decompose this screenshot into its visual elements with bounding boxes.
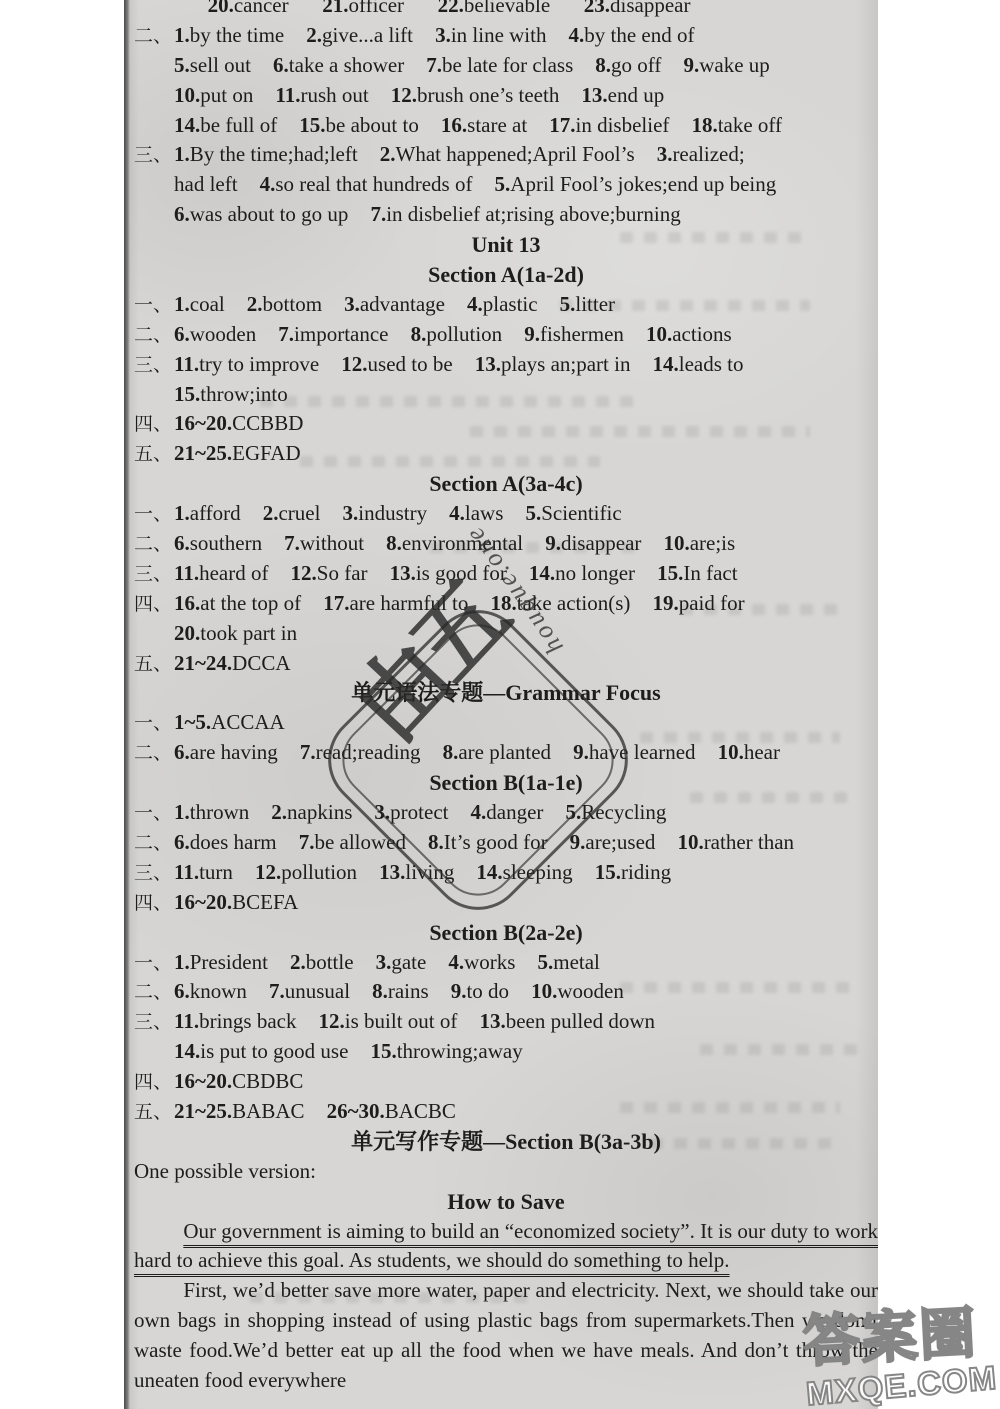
answer-item: 8.rains — [372, 979, 429, 1003]
answer-item: 16~20.CCBBD — [174, 411, 303, 435]
answer-item: 13.plays an;part in — [475, 352, 631, 376]
answer-item: 7.be late for class — [426, 53, 573, 77]
answer-item: 7.in disbelief at;rising above;burning — [370, 202, 680, 226]
item-number: 10. — [718, 740, 744, 764]
answer-item: 17.are harmful to — [323, 591, 468, 615]
item-number: 2. — [247, 292, 263, 316]
item-number: 2. — [290, 950, 306, 974]
answer-item: 14.leads to — [653, 352, 744, 376]
answer-line: 6.was about to go up7.in disbelief at;ri… — [134, 200, 878, 230]
item-number: 11. — [174, 352, 199, 376]
answer-item: 6.was about to go up — [174, 202, 348, 226]
answer-item: 5.April Fool’s jokes;end up being — [495, 172, 777, 196]
answer-item: 10.are;is — [663, 531, 735, 555]
answer-item: 1.afford — [174, 501, 241, 525]
item-number: 9. — [451, 979, 467, 1003]
item-number: 9. — [524, 322, 540, 346]
item-number: 16~20. — [174, 890, 232, 914]
item-number: 11. — [174, 1009, 199, 1033]
answer-item: 13.living — [379, 860, 454, 884]
item-number: 1. — [174, 950, 190, 974]
answer-line: 四、16.at the top of17.are harmful to18.ta… — [134, 589, 878, 619]
list-marker: 二、 — [134, 321, 174, 351]
item-number: 7. — [299, 830, 315, 854]
item-number: 7. — [300, 740, 316, 764]
item-number: 12. — [291, 561, 317, 585]
item-number: 15. — [370, 1039, 396, 1063]
list-marker: 五、 — [134, 650, 174, 680]
item-number: 20. — [174, 621, 200, 645]
item-number: 1. — [174, 292, 190, 316]
answer-item: 2.bottle — [290, 950, 354, 974]
answer-item: 14.be full of — [174, 113, 277, 137]
answer-item: 5.sell out — [174, 53, 251, 77]
item-number: 10. — [531, 979, 557, 1003]
answer-item: 10.actions — [646, 322, 732, 346]
answer-item: 4.so real that hundreds of — [260, 172, 473, 196]
item-number: 9. — [570, 830, 586, 854]
item-number: 17. — [323, 591, 349, 615]
answer-item: 13.been pulled down — [479, 1009, 655, 1033]
answer-line: 三、11.heard of12.So far13.is good for14.n… — [134, 559, 878, 589]
item-number: 7. — [278, 322, 294, 346]
section-heading: Section B(1a-1e) — [134, 768, 878, 798]
answer-item: 3.industry — [343, 501, 428, 525]
item-number: 2. — [380, 142, 396, 166]
item-number: 15. — [595, 860, 621, 884]
item-number: 13. — [390, 561, 416, 585]
item-number: 4. — [260, 172, 276, 196]
item-number: 21~24. — [174, 651, 232, 675]
scanned-answer-page: { "colors": { "paper_white": "#ffffff", … — [0, 0, 1000, 1409]
list-marker: 二、 — [134, 22, 174, 52]
answer-item: 8.pollution — [411, 322, 503, 346]
item-number: 16~20. — [174, 411, 232, 435]
item-number: 8. — [595, 53, 611, 77]
list-marker: 三、 — [134, 351, 174, 381]
answer-item: 6.are having — [174, 740, 278, 764]
answer-item: 15.riding — [595, 860, 671, 884]
answer-text-column: 20.cancer21.officer22.believable23.disap… — [134, 0, 878, 1396]
answer-item: 10.rather than — [677, 830, 794, 854]
item-number: 14. — [174, 1039, 200, 1063]
answer-item: 20.cancer — [208, 0, 289, 17]
item-number: 21~25. — [174, 441, 232, 465]
answer-line: 三、11.brings back12.is built out of13.bee… — [134, 1007, 878, 1037]
item-number: 9. — [545, 531, 561, 555]
answer-line: 14.be full of15.be about to16.stare at17… — [134, 111, 878, 141]
answer-line: 5.sell out6.take a shower7.be late for c… — [134, 51, 878, 81]
answer-line: 二、6.are having7.read;reading8.are plante… — [134, 738, 878, 768]
answer-line: 四、16~20.BCEFA — [134, 888, 878, 918]
item-number: 6. — [174, 322, 190, 346]
answer-line: 15.throw;into — [134, 380, 878, 410]
answer-item: 26~30.BACBC — [327, 1099, 456, 1123]
item-number: 16. — [441, 113, 467, 137]
answer-item: 15.In fact — [657, 561, 737, 585]
answer-item: 8.environmental — [386, 531, 523, 555]
answer-item: 16~20.CBDBC — [174, 1069, 303, 1093]
list-marker: 五、 — [134, 1098, 174, 1128]
item-number: 7. — [284, 531, 300, 555]
answer-line: 一、1.President2.bottle3.gate4.works5.meta… — [134, 948, 878, 978]
item-number: 3. — [657, 142, 673, 166]
answer-line: 二、6.southern7.without8.environmental9.di… — [134, 529, 878, 559]
item-number: 13. — [379, 860, 405, 884]
answer-item: 6.take a shower — [273, 53, 404, 77]
item-number: 20. — [208, 0, 234, 17]
item-number: 5. — [174, 53, 190, 77]
item-number: 10. — [677, 830, 703, 854]
answer-item: 21~24.DCCA — [174, 651, 291, 675]
page-gutter-shadow — [124, 0, 130, 1409]
item-number: 15. — [657, 561, 683, 585]
item-number: 14. — [476, 860, 502, 884]
item-number: 7. — [269, 979, 285, 1003]
answer-item: 1.President — [174, 950, 268, 974]
item-number: 8. — [443, 740, 459, 764]
item-number: 11. — [174, 860, 199, 884]
item-number: 12. — [255, 860, 281, 884]
answer-item: 7.unusual — [269, 979, 350, 1003]
answer-line: 14.is put to good use15.throwing;away — [134, 1037, 878, 1067]
answer-item: 5.metal — [538, 950, 600, 974]
answer-item: 15.be about to — [299, 113, 419, 137]
answer-item: 5.litter — [560, 292, 615, 316]
answer-item: 1.thrown — [174, 800, 249, 824]
item-number: 1. — [174, 800, 190, 824]
answer-item: 12.brush one’s teeth — [391, 83, 560, 107]
item-number: 5. — [560, 292, 576, 316]
item-number: 3. — [344, 292, 360, 316]
answer-item: 12.pollution — [255, 860, 357, 884]
answer-line: One possible version: — [134, 1157, 878, 1187]
answer-item: 9.to do — [451, 979, 509, 1003]
answer-item: 16.stare at — [441, 113, 527, 137]
answer-item: 8.It’s good for — [428, 830, 548, 854]
list-marker: 一、 — [134, 949, 174, 979]
list-marker: 四、 — [134, 590, 174, 620]
answer-item: 9.fishermen — [524, 322, 624, 346]
item-number: 1. — [174, 23, 190, 47]
list-marker: 三、 — [134, 1008, 174, 1038]
answer-item: 7.importance — [278, 322, 388, 346]
item-number: 14. — [529, 561, 555, 585]
item-number: 3. — [343, 501, 359, 525]
item-number: 5. — [538, 950, 554, 974]
list-marker: 二、 — [134, 530, 174, 560]
item-number: 5. — [565, 800, 581, 824]
answer-item: 21.officer — [322, 0, 404, 17]
item-number: 9. — [683, 53, 699, 77]
answer-item: 12.is built out of — [319, 1009, 458, 1033]
item-number: 1. — [174, 142, 190, 166]
item-number: 14. — [653, 352, 679, 376]
answer-line: 四、16~20.CBDBC — [134, 1067, 878, 1097]
answer-item: 11.rush out — [275, 83, 368, 107]
answer-line: 三、11.try to improve12.used to be13.plays… — [134, 350, 878, 380]
answer-item: 3.advantage — [344, 292, 445, 316]
answer-item: 19.paid for — [652, 591, 744, 615]
answer-item: 11.brings back — [174, 1009, 297, 1033]
item-number: 13. — [479, 1009, 505, 1033]
answer-item: 13.is good for — [390, 561, 507, 585]
item-number: 10. — [646, 322, 672, 346]
item-number: 6. — [174, 740, 190, 764]
item-number: 16~20. — [174, 1069, 232, 1093]
item-number: 18. — [490, 591, 516, 615]
item-number: 6. — [174, 979, 190, 1003]
answer-line: 二、6.known7.unusual8.rains9.to do10.woode… — [134, 977, 878, 1007]
item-number: 2. — [306, 23, 322, 47]
answer-item: 6.wooden — [174, 322, 256, 346]
item-number: 7. — [370, 202, 386, 226]
item-number: 26~30. — [327, 1099, 385, 1123]
answer-item: 2.napkins — [271, 800, 352, 824]
answer-line: 四、16~20.CCBBD — [134, 409, 878, 439]
list-marker: 二、 — [134, 829, 174, 859]
list-marker: 二、 — [134, 978, 174, 1008]
essay-paragraph-1: Our government is aiming to build an “ec… — [134, 1217, 878, 1277]
answer-item: 1.coal — [174, 292, 225, 316]
item-number: 2. — [263, 501, 279, 525]
list-marker: 二、 — [134, 739, 174, 769]
section-heading: Section B(2a-2e) — [134, 918, 878, 948]
model-essay: How to Save Our government is aiming to … — [134, 1187, 878, 1396]
answer-line: 二、6.does harm7.be allowed8.It’s good for… — [134, 828, 878, 858]
list-marker: 一、 — [134, 799, 174, 829]
answer-line: 20.took part in — [134, 619, 878, 649]
answer-item: 5.Scientific — [525, 501, 621, 525]
answer-item: 8.are planted — [443, 740, 551, 764]
answer-line: 五、21~25.BABAC26~30.BACBC — [134, 1097, 878, 1127]
item-number: 16. — [174, 591, 200, 615]
answer-item: 14.is put to good use — [174, 1039, 348, 1063]
answer-item: 7.be allowed — [299, 830, 406, 854]
answer-item: 5.Recycling — [565, 800, 666, 824]
item-number: 14. — [174, 113, 200, 137]
list-marker: 三、 — [134, 560, 174, 590]
list-marker: 五、 — [134, 440, 174, 470]
item-number: 10. — [174, 83, 200, 107]
answer-line: 一、1~5.ACCAA — [134, 708, 878, 738]
answer-item: 4.by the end of — [569, 23, 695, 47]
list-marker: 四、 — [134, 410, 174, 440]
item-number: 5. — [495, 172, 511, 196]
answer-item: 2.give...a lift — [306, 23, 413, 47]
item-number: 4. — [467, 292, 483, 316]
answer-item: 11.heard of — [174, 561, 268, 585]
answer-item: 6.does harm — [174, 830, 277, 854]
answer-item: 9.have learned — [573, 740, 695, 764]
list-marker: 四、 — [134, 889, 174, 919]
answer-item: 3.gate — [376, 950, 427, 974]
answer-item: 4.works — [448, 950, 515, 974]
answer-item: 2.cruel — [263, 501, 321, 525]
list-marker: 三、 — [134, 859, 174, 889]
item-number: 4. — [448, 950, 464, 974]
answer-item: 3.realized; — [657, 142, 745, 166]
item-number: 1. — [174, 501, 190, 525]
underlined-sentences: Our government is aiming to build an “ec… — [134, 1219, 878, 1273]
item-number: 13. — [475, 352, 501, 376]
item-number: 8. — [411, 322, 427, 346]
answer-item: 4.danger — [471, 800, 544, 824]
item-number: 21. — [322, 0, 348, 17]
item-number: 23. — [584, 0, 610, 17]
item-number: 6. — [174, 531, 190, 555]
answer-item: 14.no longer — [529, 561, 635, 585]
answer-item: 1.By the time;had;left — [174, 142, 358, 166]
answer-item: 10.hear — [718, 740, 780, 764]
answer-item: 10.put on — [174, 83, 253, 107]
answer-item: 8.go off — [595, 53, 661, 77]
answer-item: 18.take action(s) — [490, 591, 630, 615]
answer-item: 3.protect — [374, 800, 448, 824]
answer-item: 18.take off — [691, 113, 782, 137]
answer-item: 20.took part in — [174, 621, 297, 645]
answer-item: 16~20.BCEFA — [174, 890, 298, 914]
item-number: 8. — [428, 830, 444, 854]
item-number: 15. — [299, 113, 325, 137]
answer-item: 2.What happened;April Fool’s — [380, 142, 635, 166]
item-number: 18. — [691, 113, 717, 137]
item-number: 12. — [391, 83, 417, 107]
item-number: 12. — [341, 352, 367, 376]
item-number: 21~25. — [174, 1099, 232, 1123]
item-number: 22. — [438, 0, 464, 17]
item-number: 4. — [471, 800, 487, 824]
answer-line: 一、1.coal2.bottom3.advantage4.plastic5.li… — [134, 290, 878, 320]
list-marker: 一、 — [134, 291, 174, 321]
item-number: 2. — [271, 800, 287, 824]
answer-line: 五、21~24.DCCA — [134, 649, 878, 679]
answer-line: 一、1.thrown2.napkins3.protect4.danger5.Re… — [134, 798, 878, 828]
item-number: 12. — [319, 1009, 345, 1033]
answer-item: 6.known — [174, 979, 247, 1003]
item-number: 3. — [435, 23, 451, 47]
item-number: 10. — [663, 531, 689, 555]
answer-item: 10.wooden — [531, 979, 624, 1003]
answer-line: 三、11.turn12.pollution13.living14.sleepin… — [134, 858, 878, 888]
answer-item: 9.disappear — [545, 531, 641, 555]
item-number: 1~5. — [174, 710, 211, 734]
answer-item: 3.in line with — [435, 23, 546, 47]
section-heading: Section A(3a-4c) — [134, 469, 878, 499]
item-number: 11. — [174, 561, 199, 585]
answer-item: 9.wake up — [683, 53, 769, 77]
item-number: 17. — [549, 113, 575, 137]
item-number: 6. — [174, 202, 190, 226]
answer-item: 12.So far — [291, 561, 368, 585]
answer-item: 4.laws — [449, 501, 503, 525]
item-number: 8. — [386, 531, 402, 555]
answer-item: 9.are;used — [570, 830, 656, 854]
section-heading: 单元语法专题—Grammar Focus — [134, 678, 878, 708]
answer-item: 7.without — [284, 531, 364, 555]
answer-item: 14.sleeping — [476, 860, 572, 884]
answer-item: 21~25.BABAC — [174, 1099, 305, 1123]
answer-line: 五、21~25.EGFAD — [134, 439, 878, 469]
section-heading: Unit 13 — [134, 230, 878, 260]
item-number: 6. — [174, 830, 190, 854]
item-number: 6. — [273, 53, 289, 77]
answer-item: 22.believable — [438, 0, 551, 17]
answer-item: 7.read;reading — [300, 740, 421, 764]
item-number: 5. — [525, 501, 541, 525]
answer-line: had left4.so real that hundreds of5.Apri… — [134, 170, 878, 200]
item-number: 15. — [174, 382, 200, 406]
answer-item: 12.used to be — [341, 352, 452, 376]
answer-line: 10.put on11.rush out12.brush one’s teeth… — [134, 81, 878, 111]
section-heading: Section A(1a-2d) — [134, 260, 878, 290]
answer-line: 二、1.by the time2.give...a lift3.in line … — [134, 21, 878, 51]
item-number: 3. — [376, 950, 392, 974]
answer-line: 一、1.afford2.cruel3.industry4.laws5.Scien… — [134, 499, 878, 529]
answer-line: 三、1.By the time;had;left2.What happened;… — [134, 140, 878, 170]
item-number: 9. — [573, 740, 589, 764]
item-number: 11. — [275, 83, 300, 107]
answer-item: 16.at the top of — [174, 591, 301, 615]
answer-item: 23.disappear — [584, 0, 691, 17]
answer-line: 二、6.wooden7.importance8.pollution9.fishe… — [134, 320, 878, 350]
item-number: 3. — [374, 800, 390, 824]
list-marker: 一、 — [134, 709, 174, 739]
list-marker: 一、 — [134, 500, 174, 530]
item-number: 4. — [449, 501, 465, 525]
answer-item: 11.try to improve — [174, 352, 319, 376]
list-marker: 三、 — [134, 141, 174, 171]
item-number: 7. — [426, 53, 442, 77]
answer-item: 4.plastic — [467, 292, 538, 316]
answer-item: 1~5.ACCAA — [174, 710, 285, 734]
item-number: 4. — [569, 23, 585, 47]
answer-line: 20.cancer21.officer22.believable23.disap… — [134, 0, 878, 21]
item-number: 8. — [372, 979, 388, 1003]
answer-item: 17.in disbelief — [549, 113, 669, 137]
answer-item: 6.southern — [174, 531, 262, 555]
section-heading: 单元写作专题—Section B(3a-3b) — [134, 1127, 878, 1157]
essay-title: How to Save — [134, 1187, 878, 1217]
answer-item: 13.end up — [581, 83, 664, 107]
answer-item: 1.by the time — [174, 23, 284, 47]
answer-item: 15.throwing;away — [370, 1039, 522, 1063]
answer-item: 21~25.EGFAD — [174, 441, 301, 465]
list-marker: 四、 — [134, 1068, 174, 1098]
content-lines: 20.cancer21.officer22.believable23.disap… — [134, 0, 878, 1187]
answer-item: 2.bottom — [247, 292, 322, 316]
answer-item: 15.throw;into — [174, 382, 288, 406]
item-number: 13. — [581, 83, 607, 107]
item-number: 19. — [652, 591, 678, 615]
answer-item: had left — [174, 172, 238, 196]
answer-item: 11.turn — [174, 860, 233, 884]
essay-paragraph-2: First, we’d better save more water, pape… — [134, 1276, 878, 1396]
